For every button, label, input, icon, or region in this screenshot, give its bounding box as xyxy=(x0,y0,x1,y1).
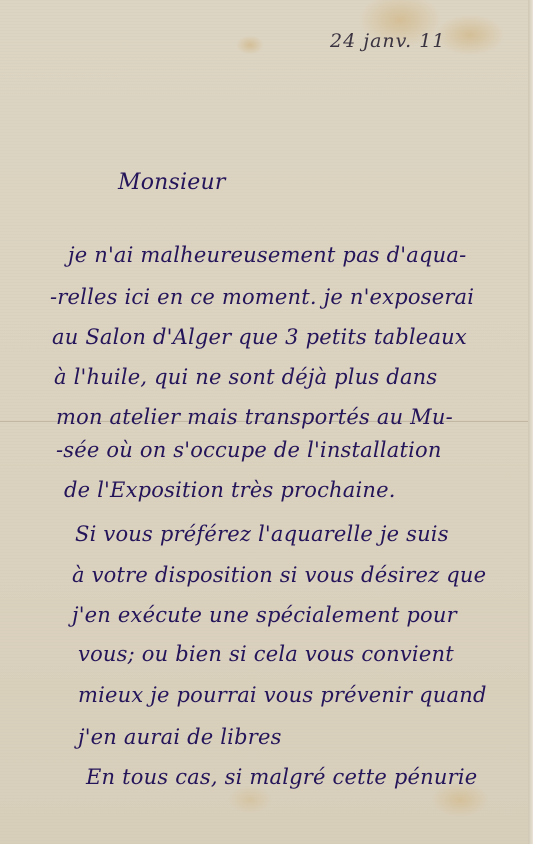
letter-date: 24 janv. 11 xyxy=(330,30,445,52)
letter-line-2: -relles ici en ce moment. je n'exposerai xyxy=(50,285,474,309)
letter-line-12: mieux je pourrai vous prévenir quand xyxy=(78,683,487,707)
letter-line-3: au Salon d'Alger que 3 petits tableaux xyxy=(52,325,467,349)
letter-line-5: mon atelier mais transportés au Mu- xyxy=(56,405,453,429)
salutation: Monsieur xyxy=(118,170,226,195)
letter-line-9: à votre disposition si vous désirez que xyxy=(72,563,486,587)
letter-line-7: de l'Exposition très prochaine. xyxy=(64,478,396,502)
letter-line-1: je n'ai malheureusement pas d'aqua- xyxy=(68,243,466,267)
letter-line-8: Si vous préférez l'aquarelle je suis xyxy=(75,522,449,546)
letter-line-11: vous; ou bien si cela vous convient xyxy=(78,642,454,666)
letter-line-6: -sée où on s'occupe de l'installation xyxy=(56,438,442,462)
paper-edge xyxy=(528,0,533,844)
letter-line-4: à l'huile, qui ne sont déjà plus dans xyxy=(54,365,437,389)
letter-line-13: j'en aurai de libres xyxy=(78,725,282,749)
letter-line-14: En tous cas, si malgré cette pénurie xyxy=(86,765,477,789)
letter-line-10: j'en exécute une spécialement pour xyxy=(72,603,457,627)
